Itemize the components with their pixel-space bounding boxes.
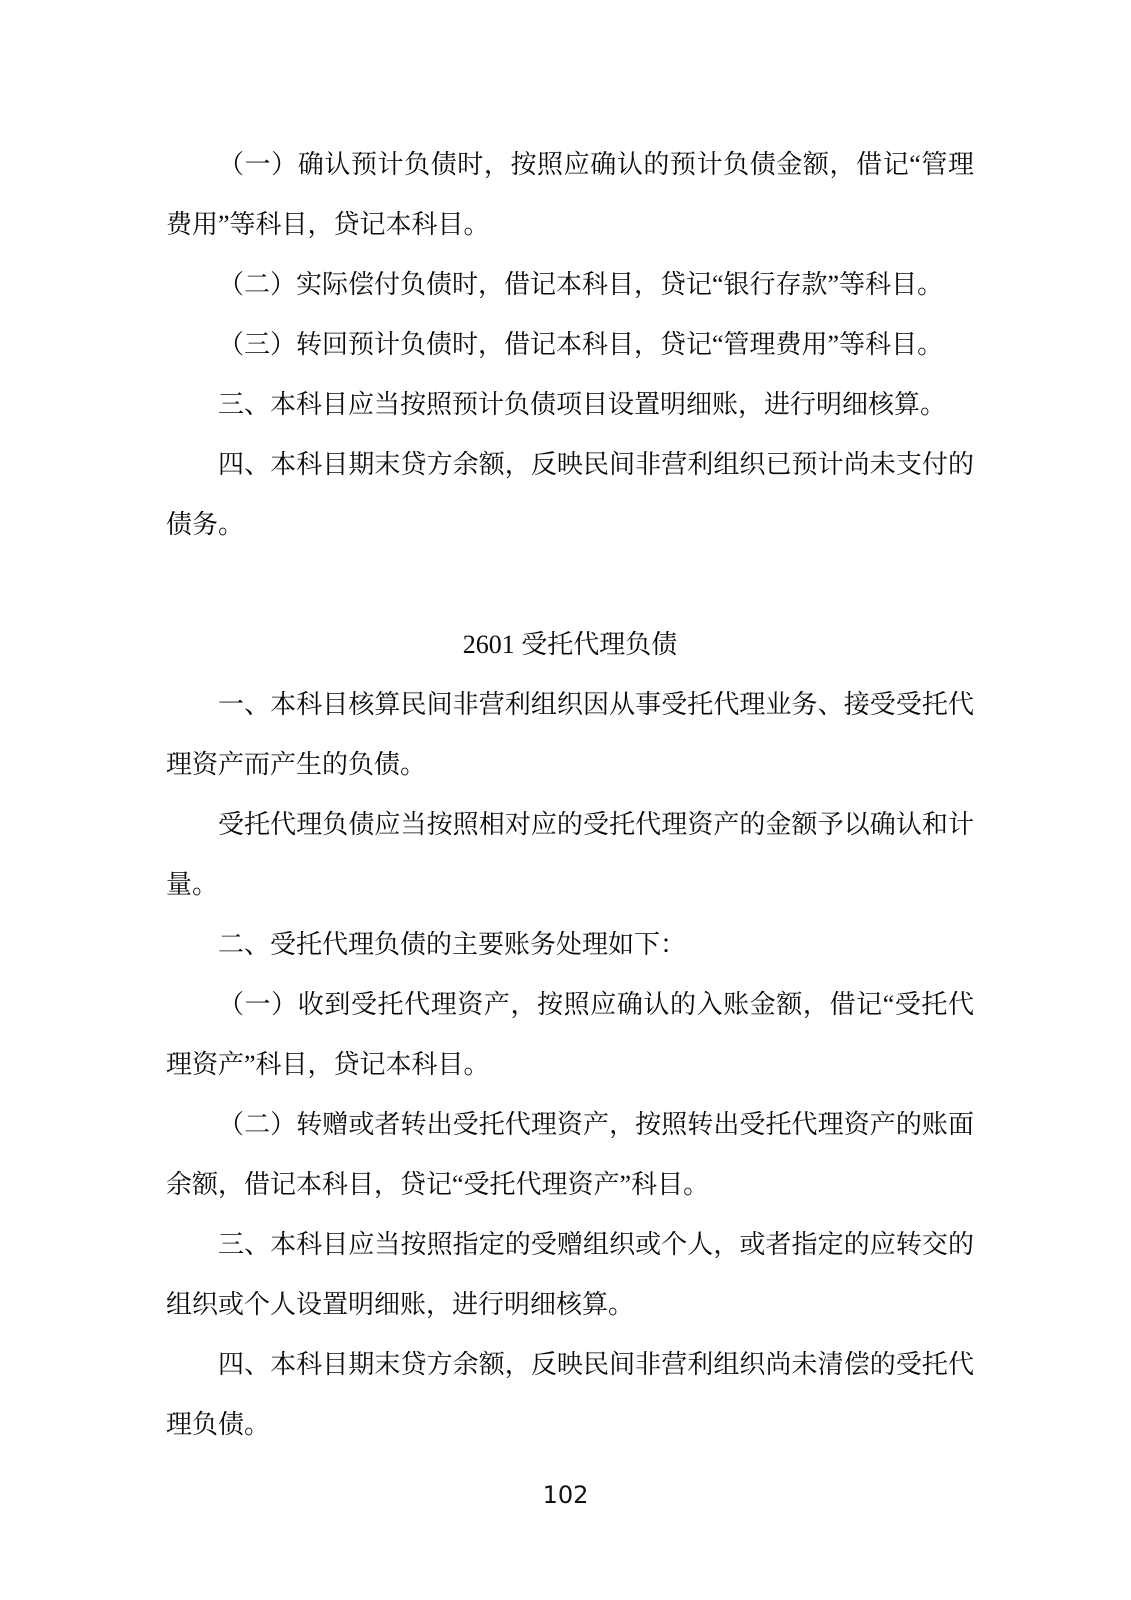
paragraph: 三、本科目应当按照预计负债项目设置明细账，进行明细核算。 [166, 375, 974, 435]
paragraph: （二）实际偿付负债时，借记本科目，贷记“银行存款”等科目。 [166, 255, 974, 315]
paragraph: 受托代理负债应当按照相对应的受托代理资产的金额予以确认和计量。 [166, 795, 974, 915]
paragraph: 四、本科目期末贷方余额，反映民间非营利组织已预计尚未支付的债务。 [166, 435, 974, 555]
account-heading: 2601 受托代理负债 [166, 615, 974, 675]
paragraph: （一）确认预计负债时，按照应确认的预计负债金额，借记“管理费用”等科目，贷记本科… [166, 135, 974, 255]
paragraph: （二）转赠或者转出受托代理资产，按照转出受托代理资产的账面余额，借记本科目，贷记… [166, 1095, 974, 1215]
paragraph: （一）收到受托代理资产，按照应确认的入账金额，借记“受托代理资产”科目，贷记本科… [166, 975, 974, 1095]
paragraph: 三、本科目应当按照指定的受赠组织或个人，或者指定的应转交的组织或个人设置明细账，… [166, 1215, 974, 1335]
page-number: 102 [0, 1468, 1131, 1523]
paragraph: 四、本科目期末贷方余额，反映民间非营利组织尚未清偿的受托代理负债。 [166, 1335, 974, 1455]
paragraph: 一、本科目核算民间非营利组织因从事受托代理业务、接受受托代理资产而产生的负债。 [166, 675, 974, 795]
paragraph: （三）转回预计负债时，借记本科目，贷记“管理费用”等科目。 [166, 315, 974, 375]
document-page: （一）确认预计负债时，按照应确认的预计负债金额，借记“管理费用”等科目，贷记本科… [0, 0, 1131, 1600]
paragraph: 二、受托代理负债的主要账务处理如下： [166, 915, 974, 975]
